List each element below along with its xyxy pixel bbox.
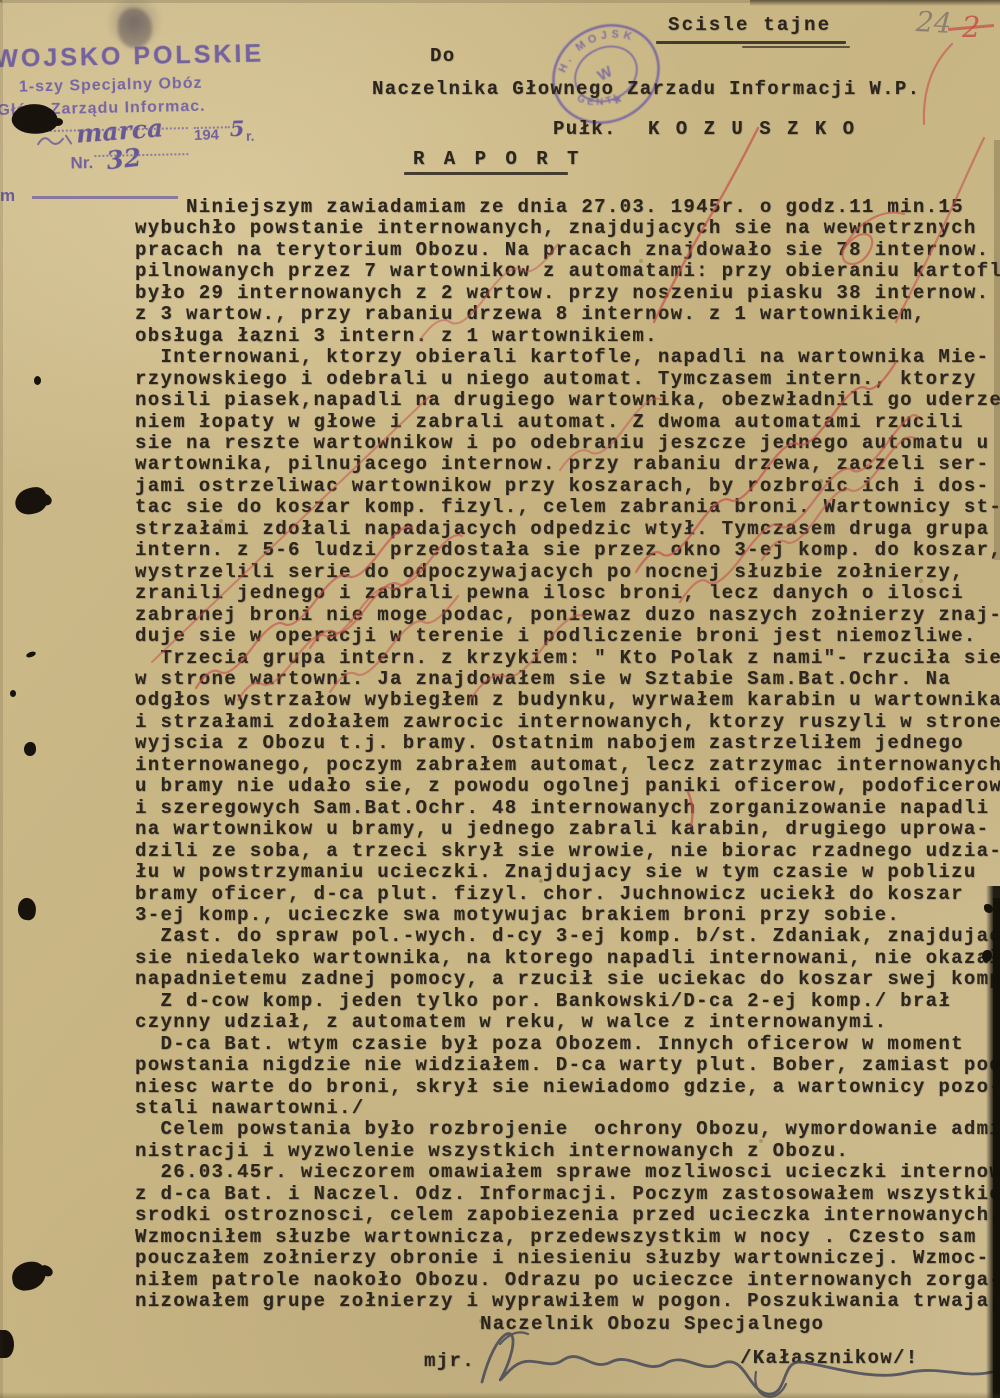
body-line: u bramy nie udało sie, z powodu ogolnej … <box>135 776 1000 797</box>
body-line: D-ca Bat. wtym czasie był poza Obozem. I… <box>135 1034 1000 1055</box>
body-line: sie na reszte wartownikow i po odebraniu… <box>135 433 1000 454</box>
body-line: nosili piasek,napadli na drugiego wartow… <box>135 390 1000 411</box>
body-line: srodki ostroznosci, celem zapobiezenia p… <box>135 1205 1000 1226</box>
body-line: pracach na terytorium Obozu. Na pracach … <box>135 240 1000 261</box>
body-line: zabranej broni nie moge podac, poniewaz … <box>135 605 1000 626</box>
body-line: odgłos wystrzałow wybiegłem z budynku, w… <box>135 690 1000 711</box>
body-line: obsługa łazni 3 intern. z 1 wartownikiem… <box>135 326 1000 347</box>
body-line: duje sie w operacji w terenie i podlicze… <box>135 626 1000 647</box>
body-line: Z d-cow komp. jeden tylko por. Bankowski… <box>135 991 1000 1012</box>
body-line: Celem powstania było rozbrojenie ochrony… <box>135 1119 1000 1140</box>
body-line: z 3 wartow., przy rabaniu drzewa 8 inter… <box>135 304 1000 325</box>
body-line: wybuchło powstanie internowanych, znajdu… <box>135 218 1000 239</box>
addressee-name: K O Z U S Z K O <box>648 118 857 140</box>
ink-speck <box>34 376 41 385</box>
addressee-rank: Pułk. <box>553 118 617 140</box>
body-line: Wzmocniłem słuzbe wartownicza, przedewsz… <box>135 1227 1000 1248</box>
body-line: niłem patrole naokoło Obozu. Odrazu po u… <box>135 1270 1000 1291</box>
scan-edge-right-faint <box>994 140 1000 560</box>
body-line: jami ostrzeliwac wartownikow przy koszar… <box>135 476 1000 497</box>
body-line: napadnietemu zadnej pomocy, a rzucił sie… <box>135 969 1000 990</box>
body-line: internowanego, poczym zabrałem automat, … <box>135 755 1000 776</box>
body-line: pouczałem zołnierzy obronie i niesieniu … <box>135 1248 1000 1269</box>
nr-label: Nr. <box>70 153 93 173</box>
body-line: niesc warte do broni, skrył sie niewiado… <box>135 1077 1000 1098</box>
body-line: było 29 internowanych z 2 wartow. przy n… <box>135 283 1000 304</box>
body-line: z d-ca Bat. i Naczel. Odz. Informacji. P… <box>135 1184 1000 1205</box>
unit-stamp-line2: 1-szy Specjalny Obóz <box>19 75 203 97</box>
body-line: nistracji i wyzwolenie wszystkich intern… <box>135 1141 1000 1162</box>
addressee-to-label: Do <box>430 45 456 67</box>
addressee-line1: Naczelnika Głownego Zarzadu Informacji W… <box>372 78 920 100</box>
unit-stamp-line1: WOJSKO POLSKIE <box>0 39 264 74</box>
body-line: nizowałem grupe zołnierzy i wyprawiłem w… <box>135 1291 1000 1312</box>
body-line: bramy oficer, d-ca plut. fizyl. chor. Ju… <box>135 884 1000 905</box>
body-line: Niniejszym zawiadamiam ze dnia 27.03. 19… <box>135 197 1000 218</box>
date-year-printed: 194 <box>194 126 219 144</box>
ink-blot-tail <box>52 118 63 126</box>
body-line: intern. z 5-6 ludzi przedostała sie prze… <box>135 540 1000 561</box>
body-line: łu w powstrzymaniu ucieczki. Znajdujacy … <box>135 862 1000 883</box>
classification-underline <box>656 41 846 44</box>
body-line: i szeregowych Sam.Bat.Ochr. 48 internowa… <box>135 798 1000 819</box>
signature-rank: mjr. <box>424 1350 475 1372</box>
scan-edge-right-core <box>993 898 1000 1398</box>
body-line: wyjscia z Obozu t.j. bramy. Ostatnim nab… <box>135 733 1000 754</box>
body-line: czynny udział, z automatem w reku, w wal… <box>135 1012 1000 1033</box>
scan-edge-bottom <box>0 1392 1000 1398</box>
body-line: sie niedaleko wartownika, na ktorego nap… <box>135 948 1000 969</box>
classification-underline-2 <box>742 46 850 48</box>
body-line: i strzałami zdołałem zawrocic internowan… <box>135 712 1000 733</box>
body-line: na wartownikow u bramy, u jednego zabral… <box>135 819 1000 840</box>
body-line: w strone wartowni. Ja znajdowałem sie w … <box>135 669 1000 690</box>
body-line: powstania nigdzie nie widziałem. D-ca wa… <box>135 1055 1000 1076</box>
body-line: niem łopaty w głowe i zabrali automat. Z… <box>135 412 1000 433</box>
nr-value-handwritten: 32 <box>105 143 143 176</box>
body-text: Niniejszym zawiadamiam ze dnia 27.03. 19… <box>135 197 1000 1313</box>
body-line: pilnowanych przez 7 wartownikow z automa… <box>135 261 1000 282</box>
scan-edge-top-faint <box>0 0 750 3</box>
body-line: 26.03.45r. wieczorem omawiałem sprawe mo… <box>135 1162 1000 1183</box>
body-line: zranili jednego i zabrali pewna ilosc br… <box>135 583 1000 604</box>
body-line: Trzecia grupa intern. z krzykiem: " Kto … <box>135 648 1000 669</box>
body-line: 3-ej komp., ucieczke swa motywujac braki… <box>135 905 1000 926</box>
report-title-underline <box>404 172 568 175</box>
scan-edge-top <box>750 0 1000 6</box>
classification-label: Scisle tajne <box>668 14 831 36</box>
scan-edge-left <box>0 0 3 1398</box>
body-line: tac sie do koszar komp. fizyl., celem za… <box>135 497 1000 518</box>
body-line: Zast. do spraw pol.-wych. d-cy 3-ej komp… <box>135 926 1000 947</box>
date-year-digit-handwritten: 5 <box>230 116 245 141</box>
body-line: wartownika, pilnujacego internow. przy r… <box>135 454 1000 475</box>
body-line: Internowani, ktorzy obierali kartofle, n… <box>135 347 1000 368</box>
ink-speck <box>10 690 16 697</box>
signature-name: /Kałasznikow/! <box>740 1347 919 1369</box>
ink-spot <box>24 742 36 756</box>
signature-title: Naczelnik Obozu Specjalnego <box>480 1313 824 1335</box>
page-number-pencil: 24 <box>915 5 952 40</box>
body-line: wystrzelili serie do odpoczywajacych po … <box>135 562 1000 583</box>
body-line: stali nawartowni./ <box>135 1098 1000 1119</box>
body-line: dzili ze soba, a trzeci skrył sie wrowie… <box>135 841 1000 862</box>
body-line: rzynowskiego i odebrali u niego automat.… <box>135 369 1000 390</box>
body-line: strzałami zdołali napadajacych odpedzic … <box>135 519 1000 540</box>
date-suffix: r. <box>246 128 255 144</box>
report-title: R A P O R T <box>413 148 582 170</box>
